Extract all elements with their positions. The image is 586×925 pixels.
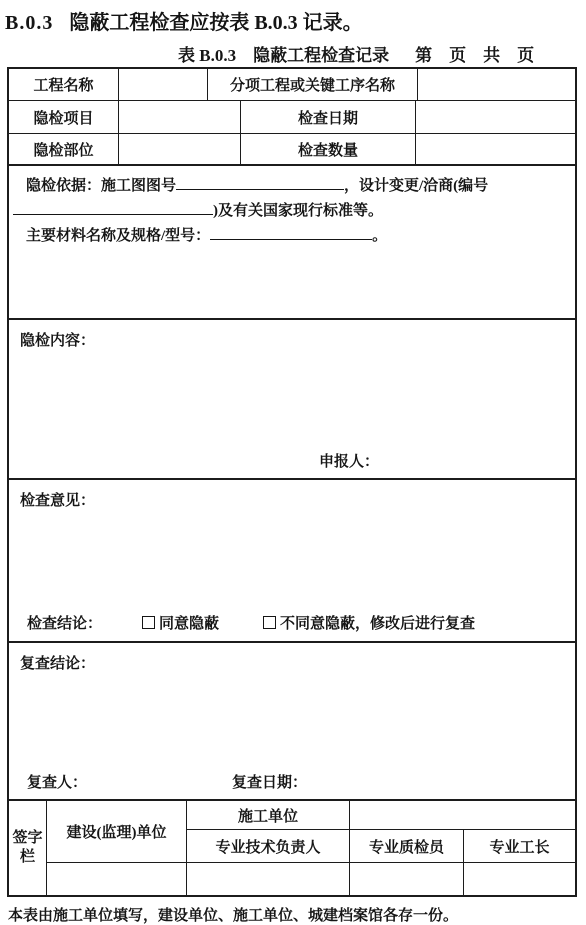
agree-checkbox-icon (142, 616, 155, 629)
materials-label: 主要材料名称及规格/型号： (26, 228, 210, 244)
inspection-item-row: 隐检项目 检查日期 (9, 101, 575, 134)
signature-column-header-text: 签字栏 (12, 829, 44, 867)
recheck-date-label: 复查日期： (232, 771, 307, 792)
table-title: 表 B.0.3 隐蔽工程检查记录 (178, 41, 389, 66)
clause-heading: B.0.3隐蔽工程检查应按表 B.0.3 记录。 (5, 6, 363, 35)
applicant-label: 申报人： (319, 450, 379, 471)
sub-project-label: 分项工程或关键工序名称 (208, 69, 418, 100)
inspection-opinion-section: 检查意见： 检查结论： 同意隐蔽 不同意隐蔽，修改后进行复查 (9, 480, 575, 643)
inspection-item-value-cell (119, 101, 241, 133)
conclusion-row: 检查结论： 同意隐蔽 不同意隐蔽，修改后进行复查 (27, 612, 475, 633)
basis-line3-suffix: 。 (372, 228, 387, 244)
recheck-section: 复查结论： 复查人： 复查日期： (9, 643, 575, 801)
basis-line-3: 主要材料名称及规格/型号：。 (9, 224, 575, 249)
inspection-content-section: 隐检内容： 申报人： (9, 320, 575, 480)
inspection-quantity-label: 检查数量 (241, 134, 416, 164)
inspection-item-label: 隐检项目 (9, 101, 119, 133)
sub-project-value-cell (418, 69, 575, 100)
form-table: 工程名称 分项工程或关键工序名称 隐检项目 检查日期 隐检部位 检查数量 隐检依… (7, 67, 577, 897)
builder-supervisor-signature-cell (47, 863, 187, 895)
basis-line2-suffix: )及有关国家现行标准等。 (213, 203, 383, 219)
signature-block: 签字栏 建设(监理)单位 施工单位 专业技术负责人 专业质检员 专业工长 (9, 801, 575, 895)
disagree-checkbox-icon (263, 616, 276, 629)
tech-leader-cell: 专业技术负责人 (187, 830, 350, 863)
inspection-location-row: 隐检部位 检查数量 (9, 134, 575, 166)
quality-inspector-cell: 专业质检员 (350, 830, 464, 863)
agree-option-label: 同意隐蔽 (159, 612, 219, 633)
rechecker-label: 复查人： (27, 771, 87, 792)
builder-supervisor-unit-cell: 建设(监理)单位 (47, 801, 187, 863)
disagree-option-label: 不同意隐蔽，修改后进行复查 (280, 612, 475, 633)
page-indicator: 第 页 共 页 (415, 41, 534, 66)
construction-unit-cell: 施工单位 (187, 801, 350, 830)
inspection-location-label: 隐检部位 (9, 134, 119, 164)
recheck-conclusion-label: 复查结论： (20, 652, 95, 673)
tech-leader-signature-cell (187, 863, 350, 895)
agree-option: 同意隐蔽 (142, 612, 219, 633)
project-name-label: 工程名称 (9, 69, 119, 100)
signature-column-header: 签字栏 (9, 801, 47, 895)
project-name-row: 工程名称 分项工程或关键工序名称 (9, 69, 575, 101)
inspection-opinion-label: 检查意见： (20, 489, 95, 510)
quality-inspector-signature-cell (350, 863, 464, 895)
drawing-number-blank (176, 176, 344, 190)
inspection-date-value-cell (416, 101, 575, 133)
basis-line1-prefix: 隐检依据：施工图图号 (26, 178, 176, 194)
inspection-quantity-value-cell (416, 134, 575, 164)
change-number-blank (13, 201, 213, 215)
inspection-basis-text: 隐检依据：施工图图号，设计变更/洽商(编号 )及有关国家现行标准等。 主要材料名… (9, 166, 575, 249)
recheck-row: 复查人： 复查日期： (27, 771, 307, 792)
table-title-row: 表 B.0.3 隐蔽工程检查记录 第 页 共 页 (178, 41, 534, 66)
disagree-option: 不同意隐蔽，修改后进行复查 (263, 612, 475, 633)
foreman-signature-cell (464, 863, 575, 895)
basis-line-1: 隐检依据：施工图图号，设计变更/洽商(编号 (9, 174, 575, 199)
inspection-date-label: 检查日期 (241, 101, 416, 133)
basis-line1-suffix: ，设计变更/洽商(编号 (344, 178, 488, 194)
construction-unit-blank-cell (350, 801, 575, 830)
materials-blank (210, 226, 372, 240)
inspection-content-label: 隐检内容： (20, 329, 95, 350)
inspection-location-value-cell (119, 134, 241, 164)
hidden-works-inspection-form: B.0.3隐蔽工程检查应按表 B.0.3 记录。 表 B.0.3 隐蔽工程检查记… (0, 0, 586, 925)
conclusion-label: 检查结论： (27, 612, 102, 633)
clause-text: 隐蔽工程检查应按表 B.0.3 记录。 (69, 12, 362, 34)
foreman-cell: 专业工长 (464, 830, 575, 863)
footer-note: 本表由施工单位填写，建设单位、施工单位、城建档案馆各存一份。 (8, 904, 458, 925)
project-name-value-cell (119, 69, 208, 100)
inspection-basis-section: 隐检依据：施工图图号，设计变更/洽商(编号 )及有关国家现行标准等。 主要材料名… (9, 166, 575, 320)
basis-line-2: )及有关国家现行标准等。 (9, 199, 575, 224)
clause-number: B.0.3 (5, 12, 53, 34)
